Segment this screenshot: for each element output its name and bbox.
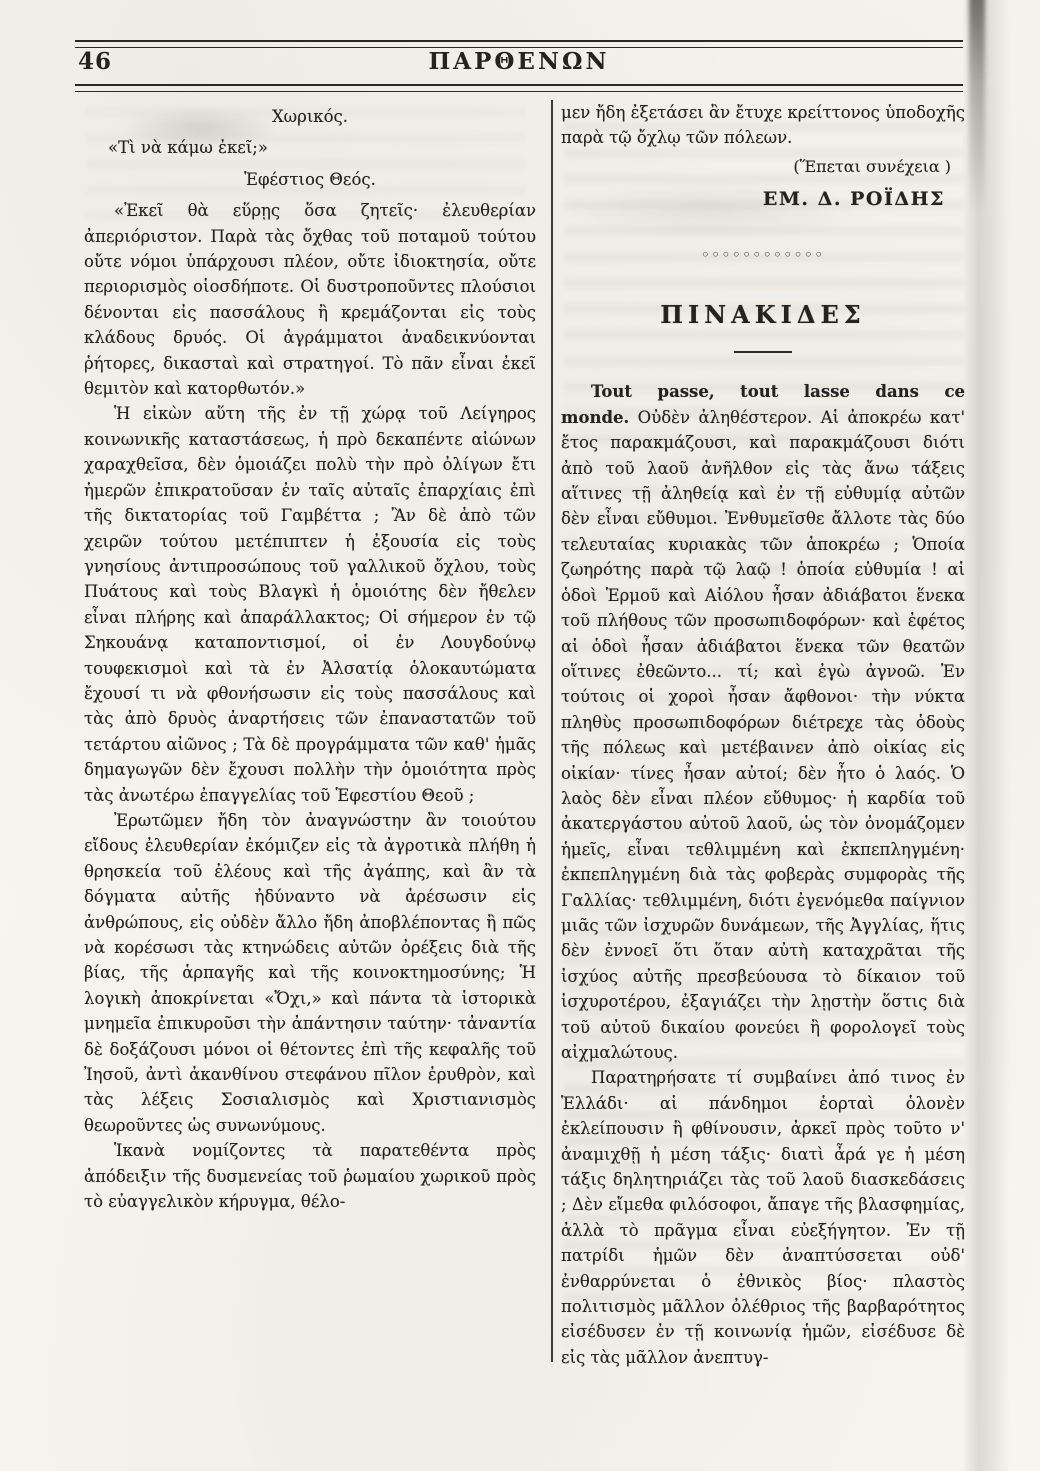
continuation-paragraph: μεν ἤδη ἐξετάσει ἂν ἔτυχε κρείττονος ὑπο… [561, 100, 965, 151]
dialogue-speaker-1: Χωρικός. [84, 104, 536, 129]
to-be-continued-note: (Ἕπεται συνέχεια ) [561, 154, 951, 179]
dialogue-speaker-2: Ἑφέστιος Θεός. [84, 167, 536, 192]
page-gutter-shadow [962, 0, 1010, 1471]
right-column: μεν ἤδη ἐξετάσει ἂν ἔτυχε κρείττονος ὑπο… [561, 100, 965, 1370]
journal-title: ΠΑΡΘΕΝΩΝ [75, 48, 963, 75]
paragraph: «Ἐκεῖ θὰ εὕρῃς ὅσα ζητεῖς· ἐλευθερίαν ἀπ… [84, 198, 536, 401]
section-title-rule [734, 351, 792, 353]
paragraph: Ἐρωτῶμεν ἤδη τὸν ἀναγνώστην ἂν τοιούτου … [84, 808, 536, 1138]
section-title: ΠΙΝΑΚΙΔΕΣ [561, 302, 965, 327]
paragraph: Παρατηρήσατε τί συμβαίνει ἀπό τινος ἐν Ἑ… [561, 1065, 965, 1370]
column-divider [551, 100, 553, 1362]
paragraph-text: Οὐδὲν ἀληθέστερον. Αἱ ἀποκρέω κατ' ἔτος … [561, 408, 965, 1062]
paragraph: Ἡ εἰκὼν αὕτη τῆς ἐν τῇ χώρᾳ τοῦ Λείγηρος… [84, 401, 536, 808]
paragraph: Tout passe, tout lasse dans ce monde. Οὐ… [561, 379, 965, 1065]
header-rule-top [75, 40, 963, 48]
ornament-divider: ◦◦◦◦◦◦◦◦◦◦◦◦ [561, 243, 965, 268]
header-rule-bottom [75, 84, 963, 92]
scanned-journal-page: 46 ΠΑΡΘΕΝΩΝ Χωρικός. «Τὶ νὰ κάμω ἐκεῖ;» … [0, 0, 1040, 1471]
page-gutter-shadow-dark [969, 0, 985, 224]
dialogue-line: «Τὶ νὰ κάμω ἐκεῖ;» [108, 135, 536, 160]
paragraph: Ἱκανὰ νομίζοντες τὰ παρατεθέντα πρὸς ἀπό… [84, 1138, 536, 1214]
author-signature: ΕΜ. Δ. ΡΟΪΔΗΣ [561, 187, 945, 212]
left-column: Χωρικός. «Τὶ νὰ κάμω ἐκεῖ;» Ἑφέστιος Θεό… [84, 100, 536, 1214]
